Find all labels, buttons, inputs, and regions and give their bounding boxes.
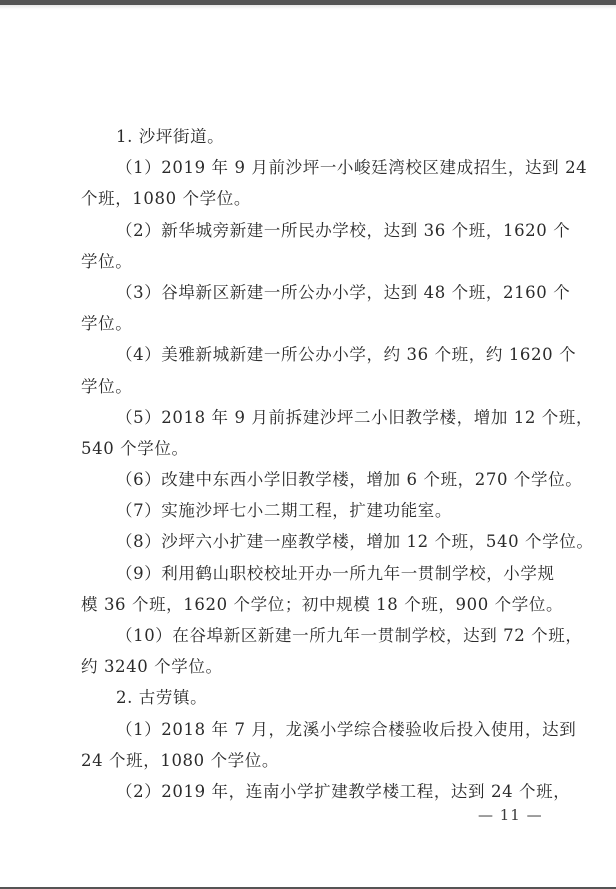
section-heading-shaping-street: 1. 沙坪街道。 bbox=[81, 121, 543, 152]
item-3-line-1: （3）谷埠新区新建一所公办小学，达到 48 个班，2160 个 bbox=[81, 277, 543, 308]
document-body: 1. 沙坪街道。 （1）2019 年 9 月前沙坪一小峻廷湾校区建成招生，达到 … bbox=[81, 121, 543, 807]
item-8: （8）沙坪六小扩建一座教学楼，增加 12 个班，540 个学位。 bbox=[81, 526, 543, 557]
item-5-line-2: 540 个学位。 bbox=[81, 433, 543, 464]
item-4-line-1: （4）美雅新城新建一所公办小学，约 36 个班，约 1620 个 bbox=[81, 339, 543, 370]
item-10-line-2: 约 3240 个学位。 bbox=[81, 651, 543, 682]
item-7: （7）实施沙坪七小二期工程，扩建功能室。 bbox=[81, 495, 543, 526]
page-number: — 11 — bbox=[478, 806, 543, 824]
item-1-line-1: （1）2019 年 9 月前沙坪一小峻廷湾校区建成招生，达到 24 bbox=[81, 152, 543, 183]
item-10-line-1: （10）在谷埠新区新建一所九年一贯制学校，达到 72 个班， bbox=[81, 620, 543, 651]
item-9-line-2: 模 36 个班，1620 个学位；初中规模 18 个班，900 个学位。 bbox=[81, 589, 543, 620]
scan-top-shadow bbox=[0, 5, 616, 9]
item-2-line-1: （2）新华城旁新建一所民办学校，达到 36 个班，1620 个 bbox=[81, 215, 543, 246]
gulao-item-1-line-2: 24 个班，1080 个学位。 bbox=[81, 745, 543, 776]
item-5-line-1: （5）2018 年 9 月前拆建沙坪二小旧教学楼，增加 12 个班， bbox=[81, 402, 543, 433]
gulao-item-1-line-1: （1）2018 年 7 月，龙溪小学综合楼验收后投入使用，达到 bbox=[81, 714, 543, 745]
item-4-line-2: 学位。 bbox=[81, 371, 543, 402]
item-9-line-1: （9）利用鹤山职校校址开办一所九年一贯制学校，小学规 bbox=[81, 558, 543, 589]
gulao-item-2-line-1: （2）2019 年，连南小学扩建教学楼工程，达到 24 个班， bbox=[81, 776, 543, 807]
item-3-line-2: 学位。 bbox=[81, 308, 543, 339]
item-6: （6）改建中东西小学旧教学楼，增加 6 个班，270 个学位。 bbox=[81, 464, 543, 495]
item-1-line-2: 个班，1080 个学位。 bbox=[81, 183, 543, 214]
section-heading-gulao-town: 2. 古劳镇。 bbox=[81, 682, 543, 713]
item-2-line-2: 学位。 bbox=[81, 246, 543, 277]
